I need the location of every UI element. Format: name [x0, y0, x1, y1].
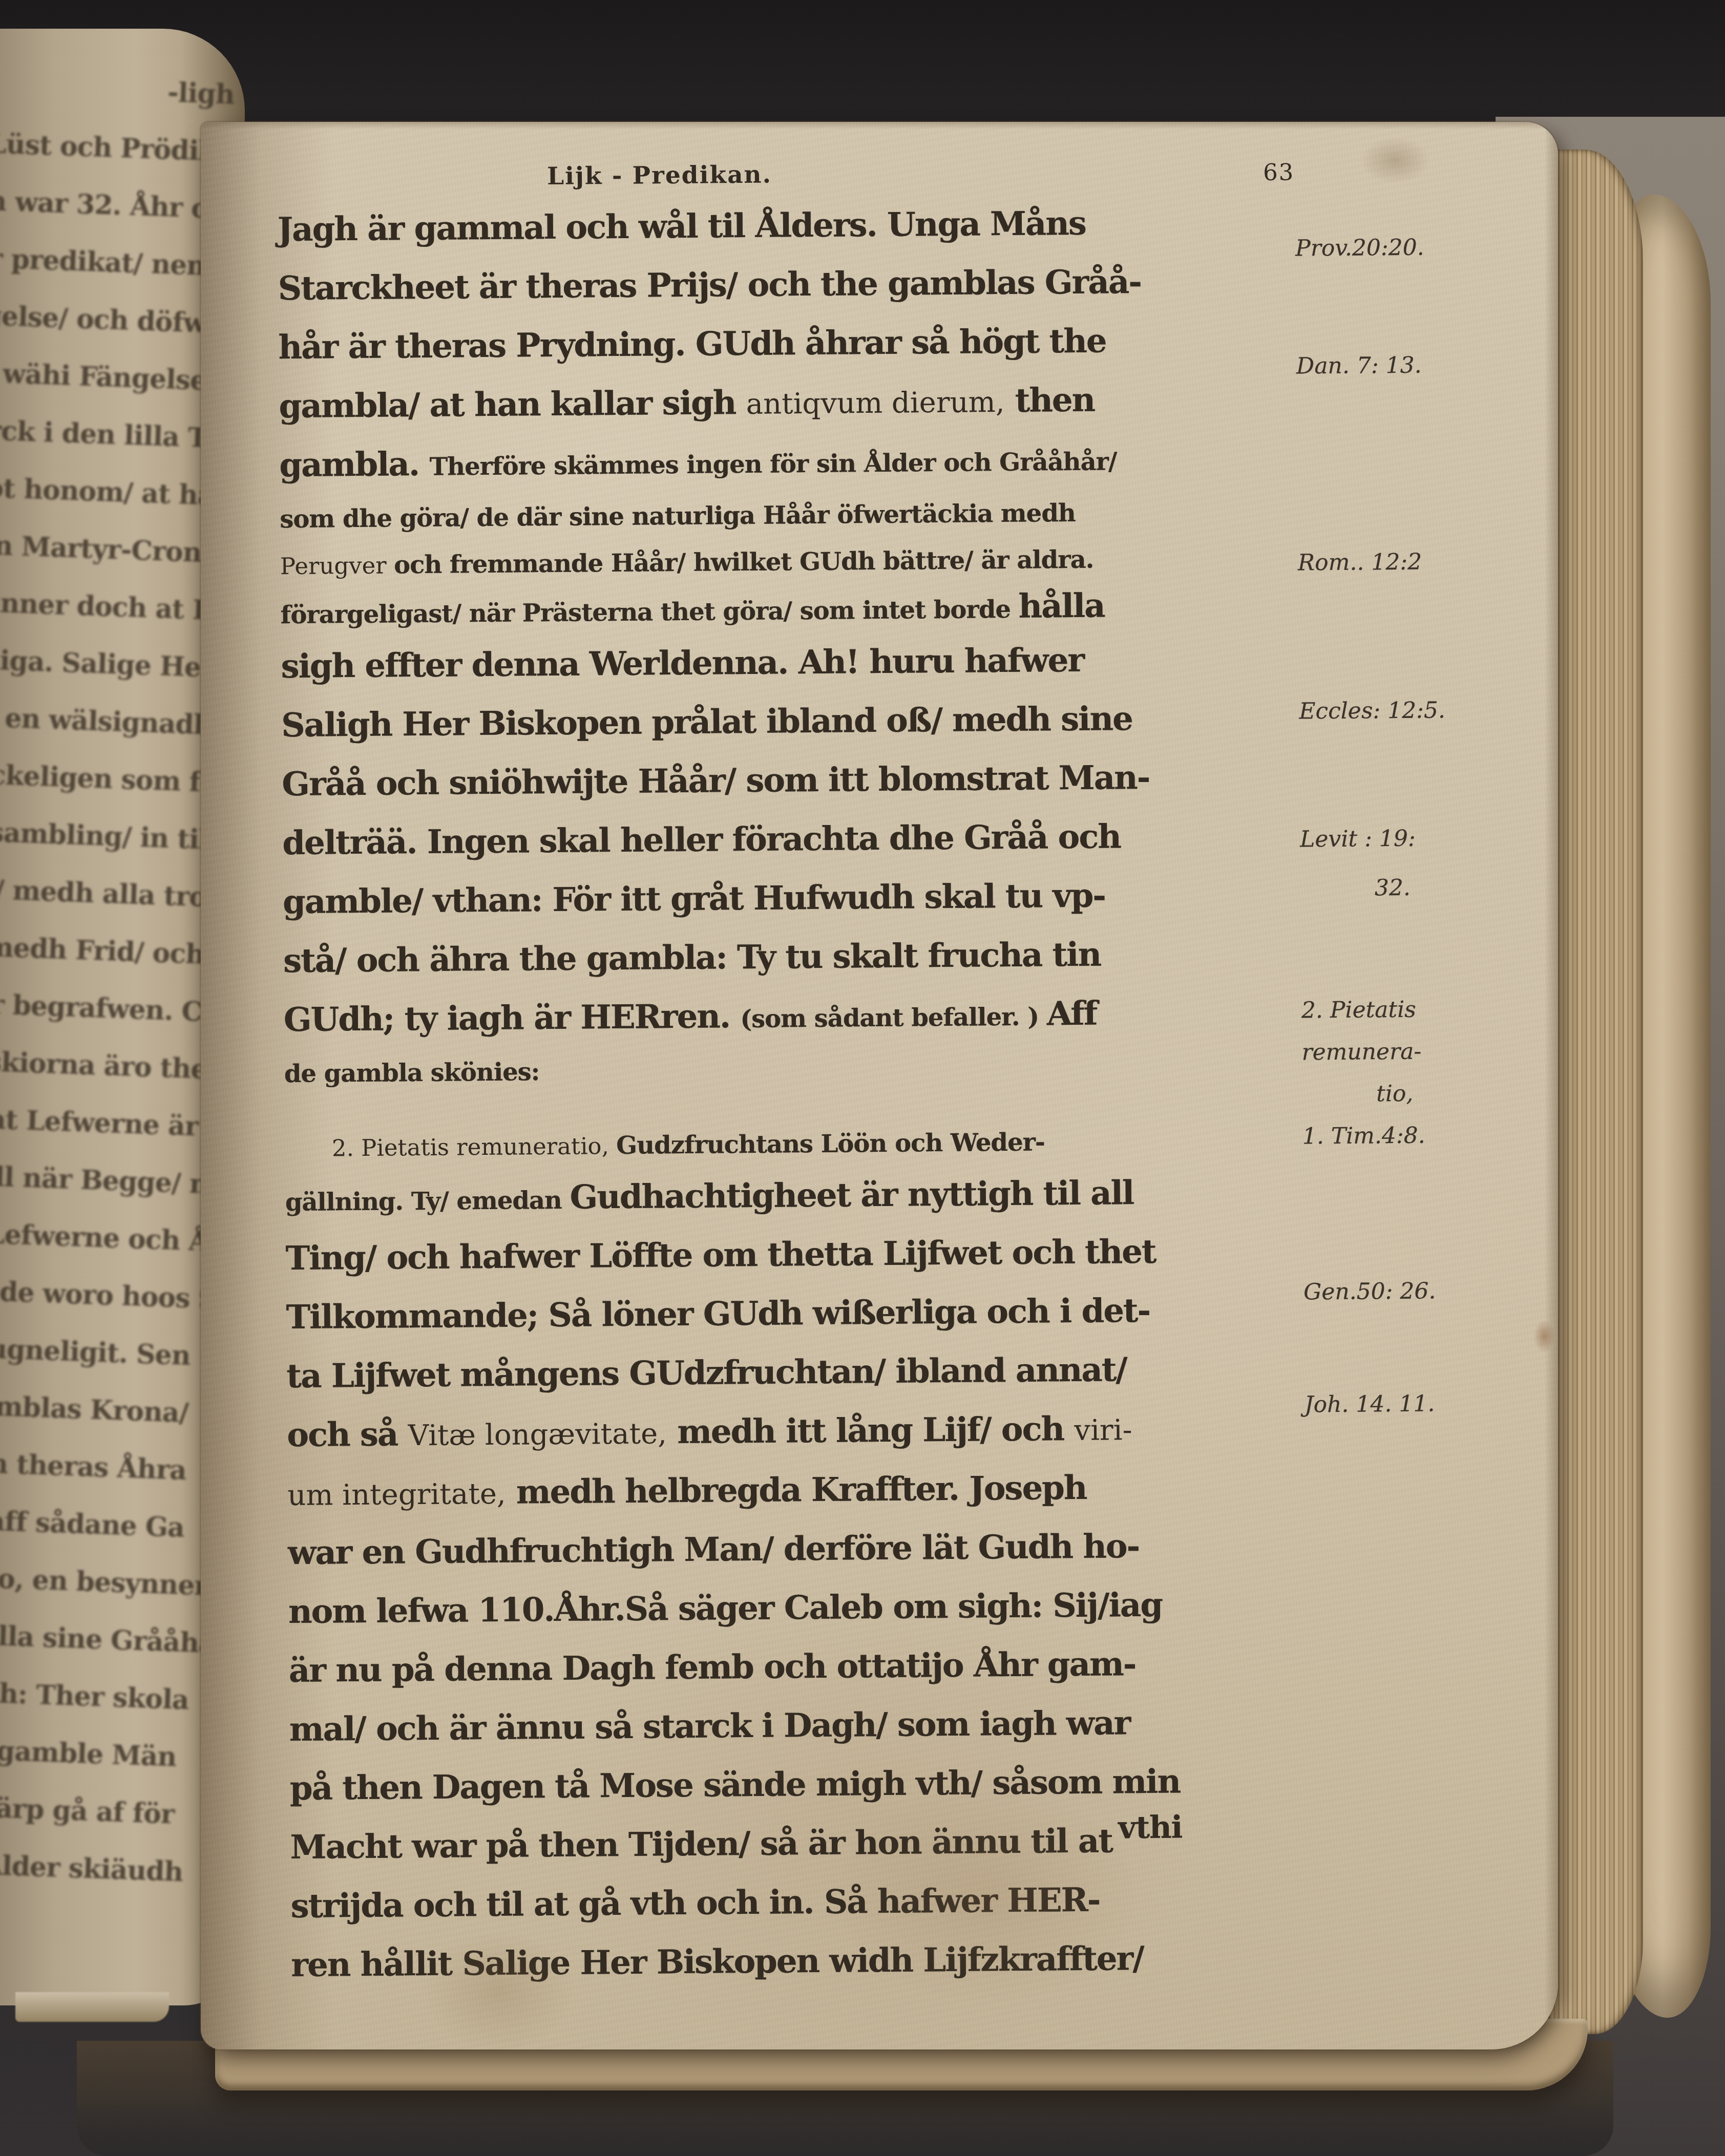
text-line: nom lefwa 110.Åhr.Så säger Caleb om sigh… — [288, 1578, 1349, 1645]
text-line: gällning. Ty/ emedan Gudhachtigheet är n… — [285, 1166, 1345, 1233]
text-line: liga. Salige Her — [0, 630, 215, 697]
text-line: delträä. Ingen skal heller förachta dhe … — [282, 810, 1343, 877]
text-line: um integritate, medh helbregda Kraffter.… — [287, 1461, 1348, 1528]
photographed-book-page: -lighrt Lüst och Prödik. Enlhan war 32. … — [0, 0, 1725, 2156]
text-line: mmiskiorna äro the — [0, 1031, 201, 1098]
margin-note: 2. Pietatis — [1301, 997, 1416, 1024]
text-line: strijda och til at gå vth och in. Så haf… — [290, 1873, 1351, 1940]
text-segment: förargeligast/ när Prästerna thet göra/ … — [281, 595, 1019, 629]
text-segment: medh itt lång Lijf/ och — [667, 1410, 1075, 1451]
text-line: ängelse/ och döfwen så — [0, 286, 227, 353]
margin-note: Dan. 7: 13. — [1296, 352, 1422, 379]
text-line: sigh effter denna Werldenna. Ah! huru ha… — [281, 633, 1341, 700]
text-segment: (som sådant befaller. ) — [740, 1002, 1047, 1033]
text-line: Tilkommande; Så löner GUdh wißerliga och… — [286, 1284, 1347, 1351]
text-segment: märckeligen som för — [0, 757, 232, 799]
margin-note: Joh. 14. 11. — [1305, 1391, 1435, 1418]
text-segment: Zebaoth: Ther skola — [0, 1675, 190, 1716]
text-segment: och theras Åhra — [0, 1447, 187, 1486]
text-segment: Ting/ och hafwer Löffte om thetta Lijfwe… — [285, 1233, 1155, 1278]
text-segment: stå/ och ähra the gambla: Ty tu skalt fr… — [283, 936, 1101, 981]
page-number: 63 — [1263, 159, 1295, 186]
text-segment: nom lefwa 110.Åhr.Så säger Caleb om sigh… — [288, 1586, 1163, 1631]
text-line: och hålla sine Grååhår n — [0, 1604, 181, 1672]
text-segment: der/ medh alla tro — [0, 873, 207, 913]
text-line: -ligh — [0, 57, 235, 124]
text-line: der wähi Fängelset. Då — [0, 343, 225, 410]
text-segment: skmäll när Begge/ n — [0, 1158, 209, 1200]
text-line: 2. Pietatis remuneratio, Gudzfruchtans L… — [285, 1119, 1345, 1174]
margin-note: 1. Tim.4:8. — [1302, 1123, 1425, 1150]
text-segment: liga. Salige Her — [0, 645, 215, 684]
text-line: mal/ och är ännu så starck i Dagh/ som i… — [289, 1696, 1350, 1763]
text-segment: dh Kärp gå af för — [0, 1790, 175, 1830]
text-line: gambla/ at han kallar sigh antiqvum dier… — [279, 373, 1339, 440]
text-segment: Saligh Her Biskopen prålat ibland oß/ me… — [281, 700, 1132, 745]
text-segment: som dhe göra/ de där sine naturliga Håår… — [280, 499, 1076, 534]
text-segment: Gråå och sniöhwijte Håår/ som itt blomst… — [282, 758, 1150, 804]
text-line: Macht war på then Tijden/ så är hon ännu… — [290, 1814, 1351, 1881]
text-line: Jagh är gammal och wål til Ålders. Unga … — [277, 196, 1338, 263]
text-line: Gamblas Krona/ — [0, 1375, 190, 1442]
text-line: h en wälsignadh — [0, 687, 213, 754]
text-segment: , som de woro hoos S — [0, 1273, 218, 1315]
margin-note: Levit : 19: — [1300, 826, 1416, 853]
text-line: ittat Lefwerne och Åld — [0, 1203, 195, 1270]
text-segment: hår är theras Prydning. GUdh åhrar så hö… — [278, 322, 1106, 367]
text-segment: Starckheet är theras Prijs/ och the gamb… — [278, 263, 1141, 308]
text-segment: -ligh — [167, 77, 235, 111]
text-line: gamble/ vthan: För itt gråt Hufwudh skal… — [283, 869, 1343, 936]
previous-page-bottom-edge — [15, 1992, 169, 2022]
text-segment: sta hugneligit. Sen — [0, 1331, 191, 1372]
text-segment: Aff — [1046, 995, 1097, 1033]
text-segment: viri- — [1074, 1413, 1132, 1447]
text-segment: gällning. Ty/ emedan — [285, 1186, 570, 1217]
text-segment: Tilkommande; Så löner GUdh wißerliga och… — [286, 1292, 1150, 1337]
text-line: hår är theras Prydning. GUdh åhrar så hö… — [278, 314, 1339, 381]
text-line: der begrafwen. C — [0, 974, 203, 1041]
text-line: war en Gudhfruchtigh Man/ derföre lät Gu… — [288, 1519, 1349, 1587]
text-segment: GUdh; ty iagh är HERren. — [284, 997, 741, 1039]
text-segment: war en Gudhfruchtigh Man/ derföre lät Gu… — [288, 1527, 1140, 1572]
text-segment: Therföre skämmes ingen för sin Ålder och… — [429, 447, 1117, 481]
text-segment: strijda och til at gå vth och in. Så haf… — [290, 1881, 1100, 1926]
text-line: sta hugneligit. Sen — [0, 1318, 191, 1385]
text-segment: Vitæ longævitate, — [408, 1417, 667, 1452]
text-segment: mmiskiorna äro the — [0, 1044, 207, 1085]
text-line: märckeligen som för — [0, 745, 212, 812]
text-line: skmäll när Begge/ n — [0, 1146, 197, 1213]
text-segment: sigh effter denna Werldenna. Ah! huru ha… — [281, 641, 1084, 686]
margin-note: tio, — [1376, 1081, 1414, 1107]
text-line: stå/ och ähra the gambla: Ty tu skalt fr… — [283, 927, 1344, 995]
text-line: claratio, en besynnerligh — [0, 1547, 183, 1614]
running-title: Lijk - Predikan. — [547, 161, 772, 191]
text-segment: then — [1004, 381, 1095, 420]
margin-note: 32. — [1375, 875, 1411, 901]
text-segment: Ty aff sådane Ga — [0, 1504, 185, 1544]
text-line: Ty aff sådane Ga — [0, 1490, 185, 1557]
text-line: Saligh Her Biskopen prålat ibland oß/ me… — [281, 692, 1342, 759]
text-segment: Jagh är gammal och wål til Ålders. Unga … — [278, 204, 1086, 249]
text-line: GUdh; ty iagh är HERren. (som sådant bef… — [284, 986, 1344, 1053]
text-segment: Macht war på then Tijden/ så är hon ännu… — [290, 1822, 1112, 1867]
text-line: Perugver och fremmande Håår/ hwilket GUd… — [280, 537, 1341, 592]
text-line: , som de woro hoos S — [0, 1260, 193, 1327]
text-segment: Gudzfruchtans Löön och Weder- — [616, 1128, 1045, 1160]
text-segment: mal/ och är ännu så starck i Dagh/ som i… — [289, 1704, 1130, 1749]
text-segment: Gudhachtigheet är nyttigh til all — [570, 1174, 1133, 1217]
margin-note: Eccles: 12:5. — [1299, 697, 1445, 724]
margin-note: Rom.. 12:2 — [1298, 549, 1422, 576]
text-segment: Gamblas Krona/ — [0, 1389, 189, 1429]
text-segment: hålla — [1018, 587, 1105, 626]
text-line: och theras Åhra — [0, 1432, 187, 1499]
text-segment: antiqvum dierum, — [746, 386, 1004, 421]
text-segment: delträä. Ingen skal heller förachta dhe … — [282, 817, 1121, 862]
text-line: på then Dagen tå Mose sände migh vth/ så… — [289, 1755, 1350, 1822]
text-segment: um integritate, — [287, 1477, 506, 1512]
text-line: Besinner doch at H — [0, 573, 217, 640]
text-line: är nu på denna Dagh femb och ottatijo Åh… — [289, 1637, 1350, 1704]
text-line: Gråå och sniöhwijte Håår/ som itt blomst… — [282, 751, 1342, 818]
text-segment: gamble/ vthan: För itt gråt Hufwudh skal… — [283, 877, 1105, 922]
text-line: och så Vitæ longævitate, medh itt lång L… — [287, 1402, 1348, 1469]
text-line: en Martyr-Crona — [0, 515, 219, 582]
text-line: dh Kärp gå af för — [0, 1777, 175, 1844]
text-line: emot honom/ at han ble — [0, 458, 221, 525]
text-segment: gambla. — [279, 445, 430, 484]
text-segment: un/ medh Frid/ och — [0, 929, 205, 970]
text-segment: gambla/ at han kallar sigh — [279, 384, 746, 426]
text-segment: der begrafwen. C — [0, 988, 203, 1028]
text-segment: och fremmande Håår/ hwilket GUdh bättre/… — [394, 545, 1094, 580]
text-line: mittat Lefwerne är — [0, 1088, 199, 1155]
text-line: Zebaoth: Ther skola — [0, 1662, 179, 1729]
text-segment: Perugver — [280, 552, 394, 580]
text-segment: ren hållit Salige Her Biskopen widh Lijf… — [291, 1939, 1144, 1984]
text-segment: de gambla skönies: — [284, 1058, 540, 1088]
text-segment: ta Lijfwet mångens GUdzfruchtan/ ibland … — [286, 1350, 1127, 1396]
margin-note: remunera- — [1301, 1039, 1421, 1066]
text-segment: medh helbregda Kraffter. Joseph — [506, 1469, 1086, 1512]
page-content: Lijk - Predikan. 63 Jagh är gammal och w… — [193, 117, 1565, 2055]
text-line: gambla. Therföre skämmes ingen för sin Å… — [279, 432, 1340, 499]
text-segment: och så — [287, 1415, 408, 1454]
text-segment: Besinner doch at H — [0, 585, 218, 626]
text-segment: en Martyr-Crona — [0, 530, 219, 569]
text-line: som dhe göra/ de där sine naturliga Håår… — [280, 491, 1340, 545]
text-line: de gambla skönies: — [284, 1045, 1344, 1100]
text-line: der/ medh alla tro — [0, 859, 207, 926]
text-line: un/ medh Frid/ och — [0, 917, 205, 984]
text-line: Ting/ och hafwer Löffte om thetta Lijfwe… — [285, 1225, 1346, 1292]
catchword: vthi — [1118, 1809, 1183, 1846]
margin-note: Gen.50: 26. — [1303, 1278, 1436, 1305]
margin-note: Prov.20:20. — [1295, 235, 1424, 262]
main-page: Lijk - Predikan. 63 Jagh är gammal och w… — [201, 122, 1558, 2049]
text-line: Försambling/ in til — [0, 802, 209, 869]
text-segment: på then Dagen tå Mose sände migh vth/ så… — [289, 1762, 1180, 1808]
text-segment: 2. Pietatis remuneratio, — [332, 1132, 617, 1161]
body-text: Jagh är gammal och wål til Ålders. Unga … — [277, 196, 1351, 1999]
text-segment: Gator gamble Män — [0, 1732, 177, 1772]
text-segment: mittat Lefwerne är — [0, 1102, 199, 1142]
text-line: Starckheet är theras Prijs/ och the gamb… — [278, 255, 1338, 322]
text-line: förargeligast/ när Prästerna thet göra/ … — [280, 584, 1341, 641]
text-segment: h en wälsignadh — [0, 702, 213, 741]
text-segment: är nu på denna Dagh femb och ottatijo Åh… — [289, 1645, 1136, 1690]
text-segment: af sin Ålder skiäudh — [0, 1847, 183, 1888]
text-segment: Försambling/ in til — [0, 815, 209, 856]
text-line: af sin Ålder skiäudh — [0, 1834, 173, 1901]
text-line: ta Lijfwet mångens GUdzfruchtan/ ibland … — [286, 1343, 1347, 1410]
text-line: Wårck i den lilla Tijden — [0, 400, 223, 468]
text-line: Gator gamble Män — [0, 1719, 177, 1786]
text-line: ren hållit Salige Her Biskopen widh Lijf… — [291, 1932, 1352, 1999]
